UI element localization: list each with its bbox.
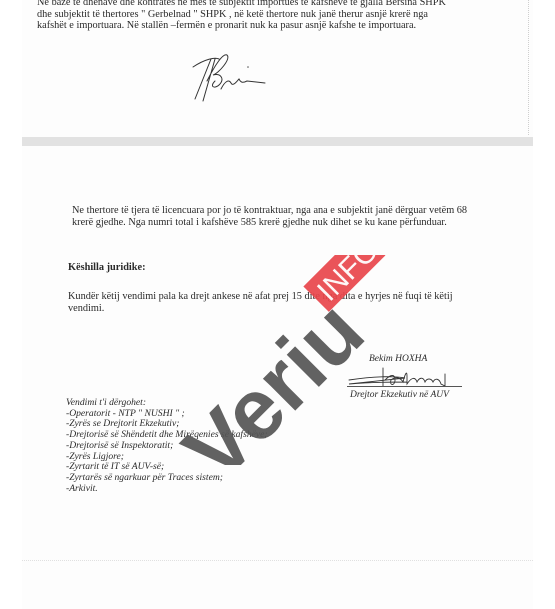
page-separator — [22, 137, 533, 146]
viewer-margin-left — [0, 0, 22, 609]
distribution-list: Vendimi t'i dërgohet: -Operatorit - NTP … — [66, 398, 268, 494]
scan-edge — [528, 0, 531, 135]
handwritten-signature-icon — [185, 45, 275, 105]
paragraph-line: dhe subjektit të thertores " Gerbelnad "… — [37, 9, 446, 21]
scan-noise-line — [22, 560, 533, 561]
paragraph-line: Kundër këtij vendimi pala ka drejt ankes… — [68, 291, 453, 303]
paragraph-line: Ne thertore të tjera të licencuara por j… — [72, 205, 467, 217]
paragraph-line: kafshët e importuara. Në stallën –fermën… — [37, 20, 446, 32]
list-item: -Arkivit. — [66, 484, 268, 495]
signature-line — [347, 386, 462, 387]
viewer-margin-right — [533, 0, 555, 609]
paragraph-line: krerë gjedhe. Nga numri total i kafshëve… — [72, 217, 467, 229]
paragraph-import-data: Në bazë të dhënave dhe kontratës në mes … — [37, 0, 446, 32]
paragraph-line: Në bazë të dhënave dhe kontratës në mes … — [37, 0, 446, 9]
paragraph-legal-advice: Kundër këtij vendimi pala ka drejt ankes… — [68, 291, 453, 314]
legal-advice-heading: Këshilla juridike: — [68, 262, 146, 274]
paragraph-slaughterhouses: Ne thertore të tjera të licencuara por j… — [72, 205, 467, 228]
list-item: -Drejtorisë së Inspektoratit; — [66, 441, 268, 452]
paragraph-line: vendimi. — [68, 303, 453, 315]
signatory-title: Drejtor Ekzekutiv në AUV — [350, 390, 449, 402]
